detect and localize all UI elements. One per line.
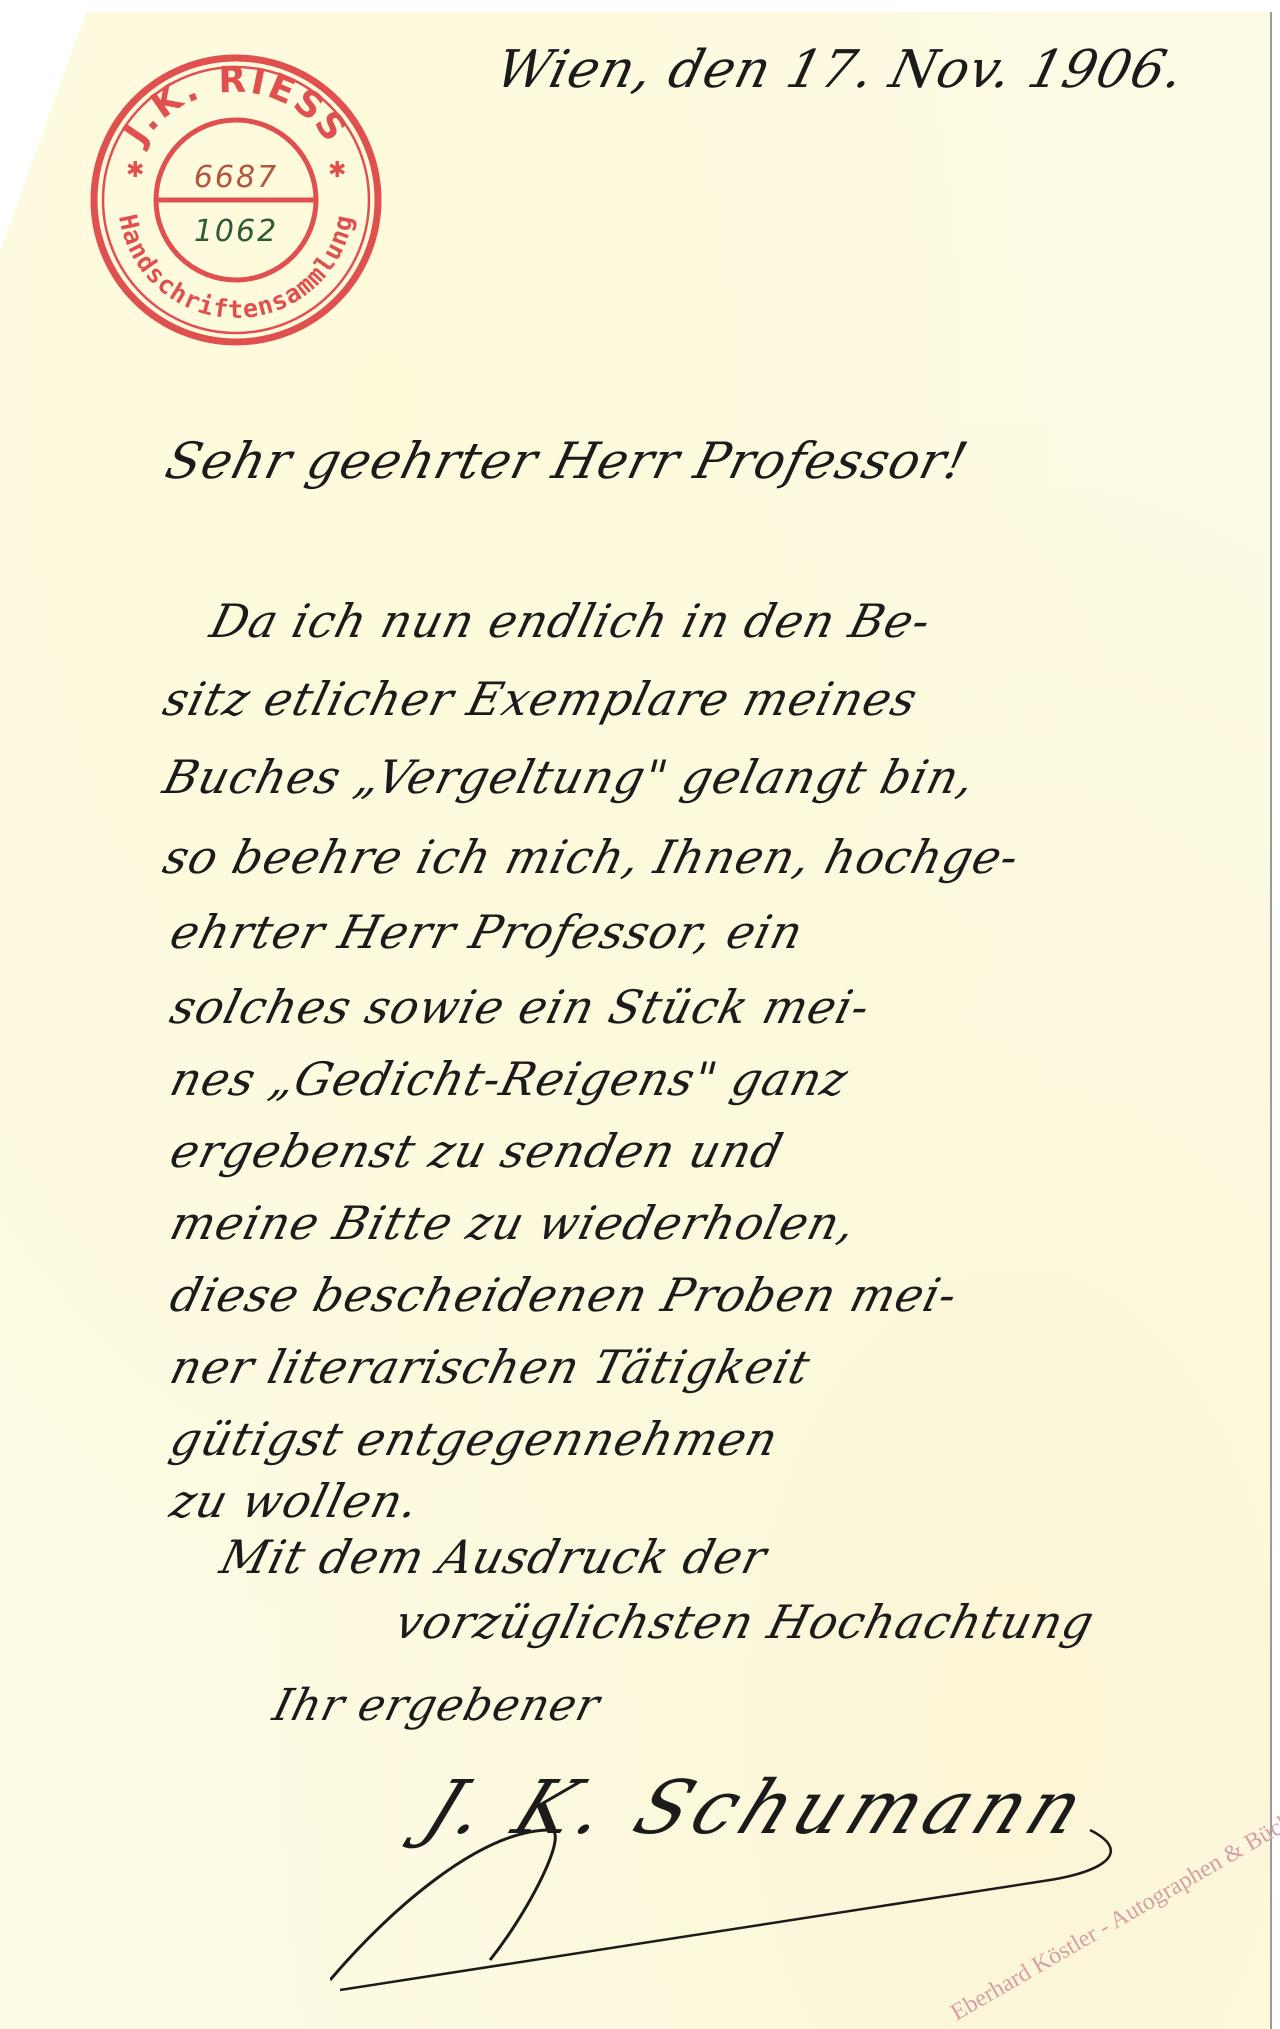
closing-line: Mit dem Ausdruck der xyxy=(215,1530,773,1584)
body-line: ergebenst zu senden und xyxy=(165,1124,789,1178)
collector-stamp: J.K. RIESS Handschriftensammlung ✱ ✱ 668… xyxy=(88,52,384,348)
signature: J. K. Schumann xyxy=(413,1765,1102,1851)
stamp-number-top: 6687 xyxy=(88,160,384,195)
body-line: Da ich nun endlich in den Be- xyxy=(205,594,937,648)
body-line: so beehre ich mich, Ihnen, hochge- xyxy=(158,830,1025,884)
body-line: ehrter Herr Professor, ein xyxy=(165,905,809,959)
body-line: nes „Gedicht-Reigens" ganz xyxy=(165,1052,854,1106)
body-line: sitz etlicher Exemplare meines xyxy=(158,672,923,726)
place-date: Wien, den 17. Nov. 1906. xyxy=(490,40,1191,100)
svg-text:J.K. RIESS: J.K. RIESS xyxy=(114,60,356,154)
body-line: diese bescheidenen Proben mei- xyxy=(165,1268,963,1322)
signoff: Ihr ergebener xyxy=(268,1680,605,1731)
body-line: zu wollen. xyxy=(165,1474,425,1528)
stamp-number-bottom: 1062 xyxy=(88,214,384,249)
closing-line: vorzüglichsten Hochachtung xyxy=(390,1595,1100,1649)
body-line: gütigst entgegennehmen xyxy=(165,1412,784,1466)
body-line: Buches „Vergeltung" gelangt bin, xyxy=(158,750,981,804)
stamp-seal-icon: J.K. RIESS Handschriftensammlung ✱ ✱ xyxy=(88,52,384,348)
body-line: solches sowie ein Stück mei- xyxy=(165,980,876,1034)
body-line: ner literarischen Tätigkeit xyxy=(165,1340,816,1394)
body-line: meine Bitte zu wiederholen, xyxy=(165,1196,862,1250)
salutation: Sehr geehrter Herr Professor! xyxy=(160,432,974,490)
